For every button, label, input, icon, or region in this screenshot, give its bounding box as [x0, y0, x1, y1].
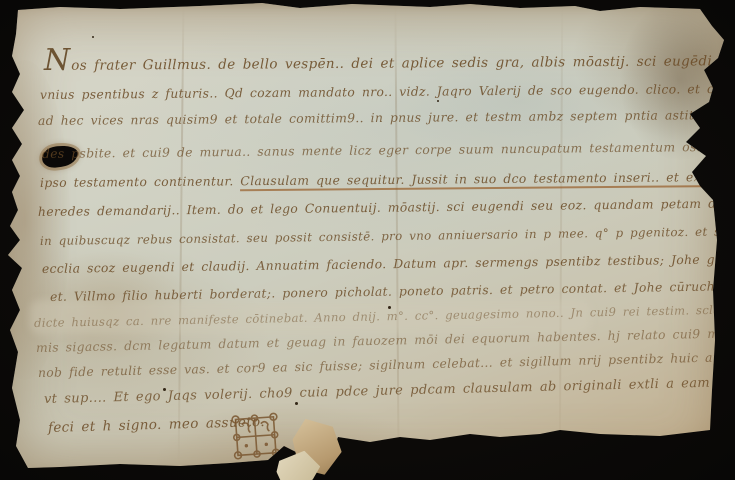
manuscript-line-8: ecclia scoz eugendi et claudij. Annuatim…	[42, 251, 735, 276]
ink-speck	[437, 100, 439, 102]
manuscript-line-13: vt sup.... Et ego Jaqs volerij. cho9 cui…	[44, 374, 735, 407]
ink-speck	[92, 36, 94, 38]
illuminated-initial: N	[44, 43, 71, 78]
manuscript-photo: Nos frater Guillmus. de bello vespēn.. d…	[0, 0, 735, 480]
underlined-clause: Clausulam que sequitur. Jussit in suo dc…	[240, 168, 735, 191]
manuscript-line-6: heredes demandarij.. Item. do et lego Co…	[38, 194, 735, 219]
manuscript-line-7: in quibuscuqz rebus consistat. seu possi…	[40, 222, 735, 248]
line-text: ipso testamento continentur.	[40, 174, 241, 190]
manuscript-line-5: ipso testamento continentur. Clausulam q…	[40, 168, 735, 190]
stain	[620, 0, 735, 160]
notary-sign	[227, 410, 287, 470]
manuscript-line-4: des psbite. et cui9 de murua.. sanus men…	[42, 138, 735, 161]
parchment-sheet: Nos frater Guillmus. de bello vespēn.. d…	[0, 0, 735, 480]
ink-speck	[295, 402, 298, 405]
